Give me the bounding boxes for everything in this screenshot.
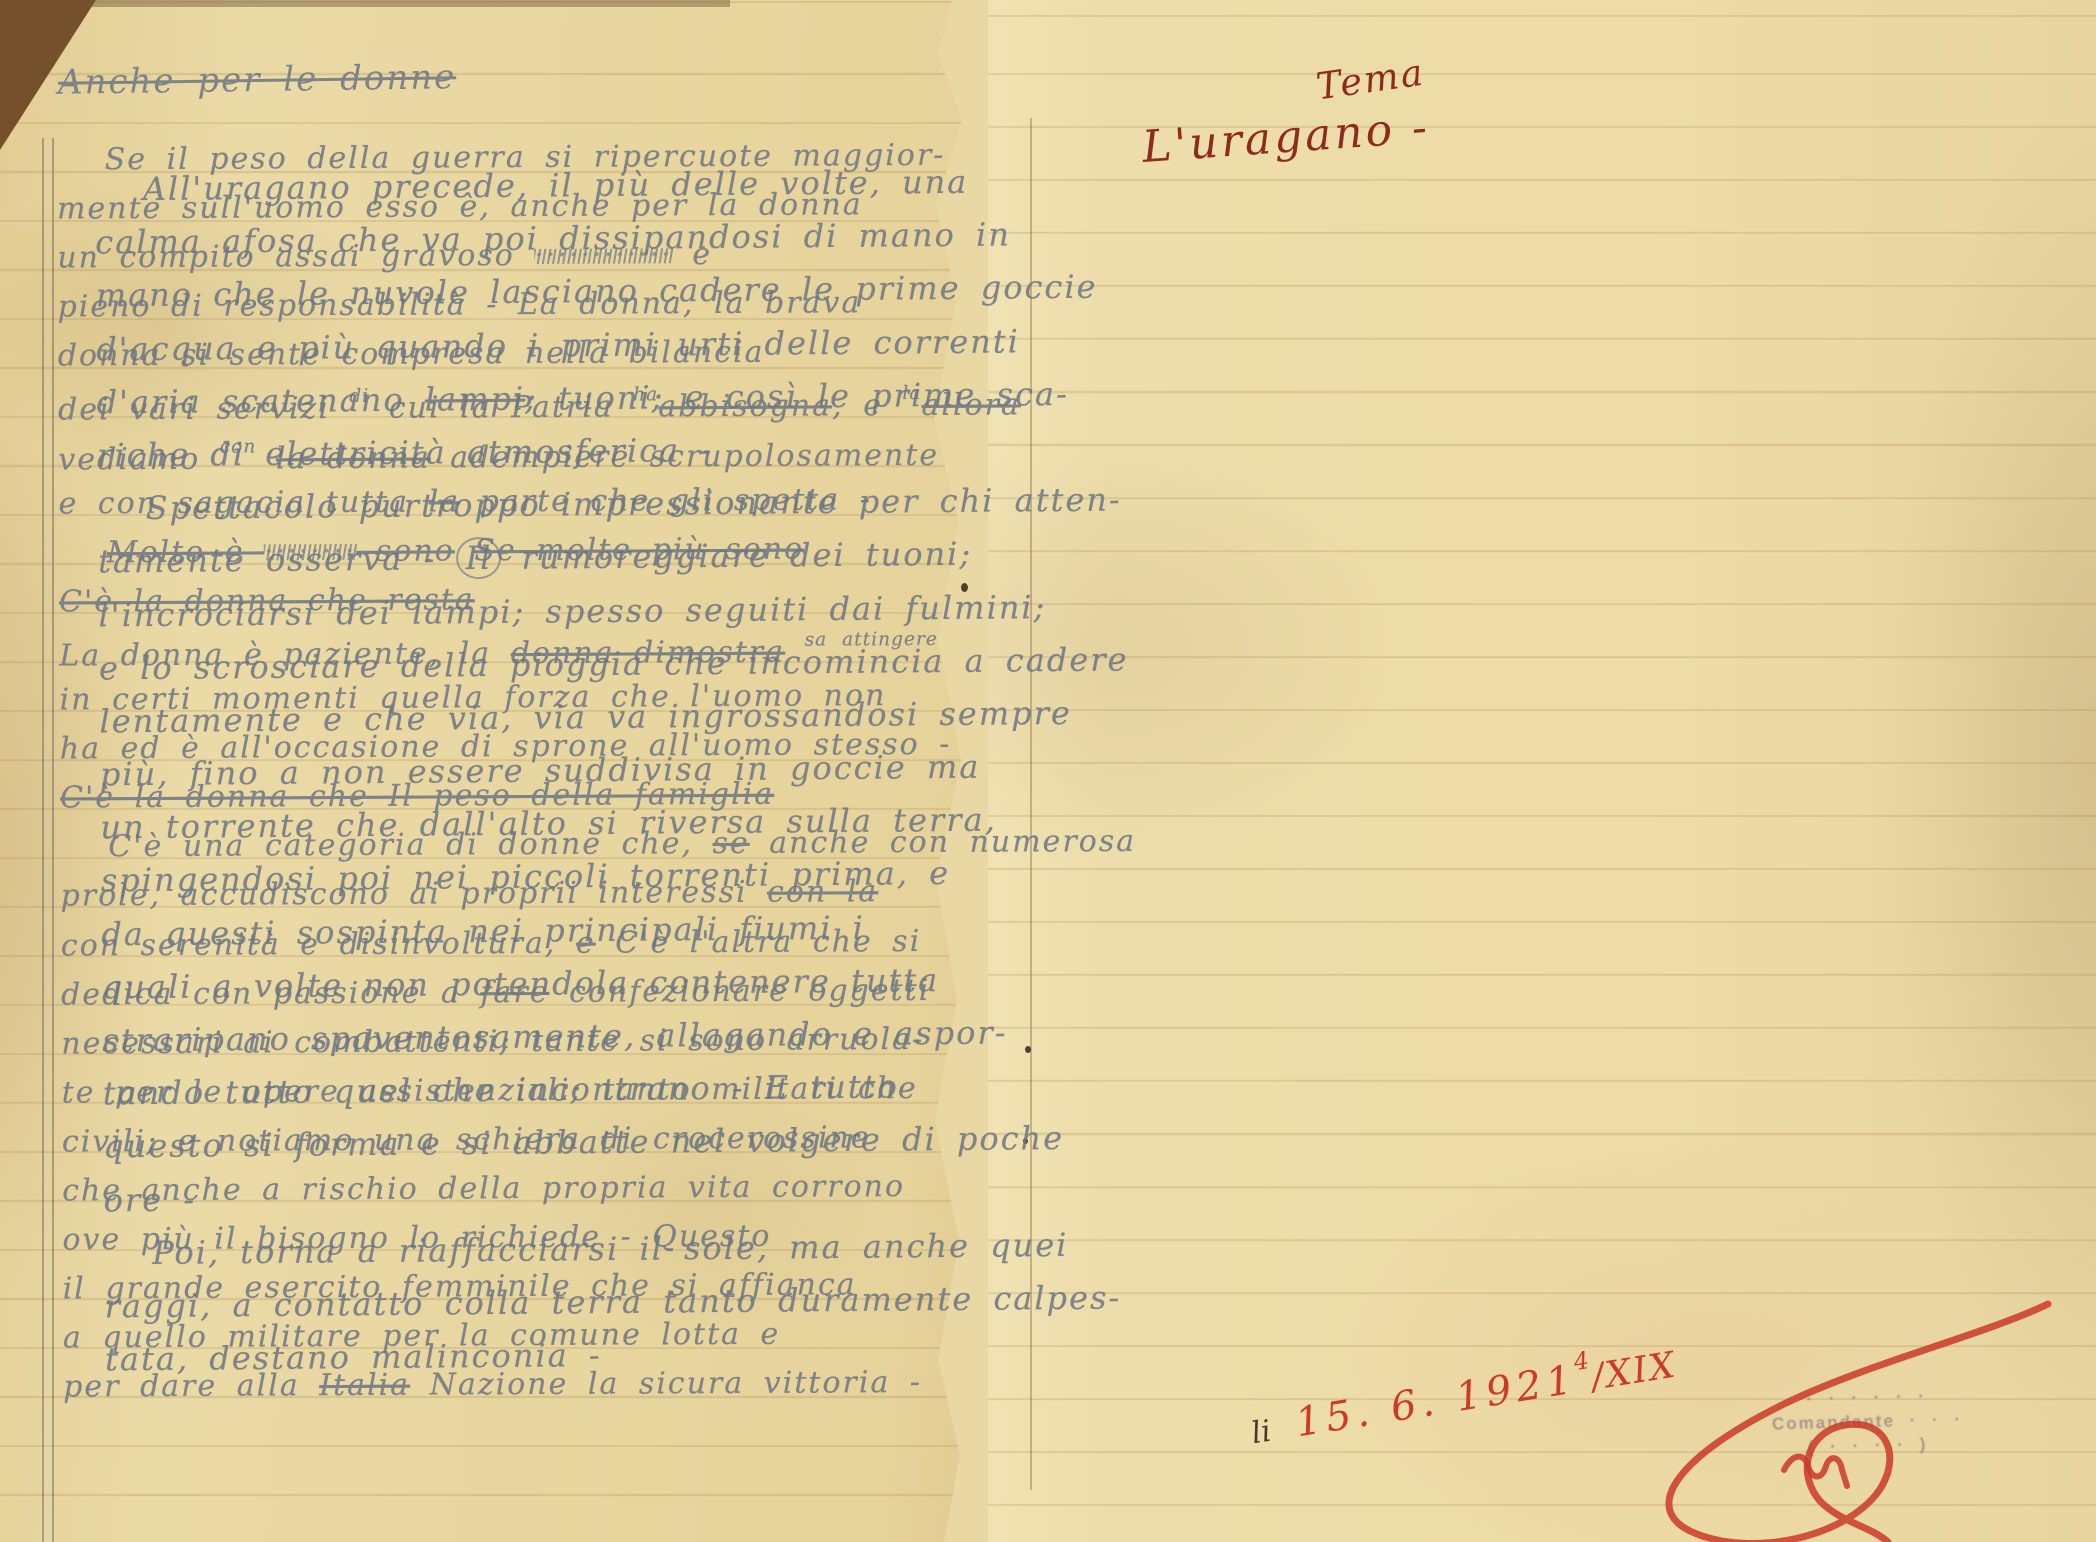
handwriting-line: spingendosi poi nei piccoli torrenti pri… <box>101 853 1105 915</box>
handwriting-line: d'acqua e più quando i primi urti delle … <box>96 321 1100 383</box>
handwriting-line: mano che le nuvole lasciano cadere le pr… <box>96 268 1100 330</box>
handwritten-text: tamente osserva - <box>98 540 457 581</box>
handwriting-line: raggi, a contatto colla terra tanto dura… <box>104 1279 1108 1341</box>
scan-edge-shadow <box>90 0 730 7</box>
handwritten-text: Poi, torna a riaffacciarsi il sole, ma a… <box>152 1226 1069 1272</box>
handwritten-text: più, fino a non essere suddivisa in gocc… <box>100 748 981 794</box>
handwritten-text: mano che le nuvole lasciano cadere le pr… <box>96 268 1098 315</box>
handwriting-line: tamente osserva - Il rumoreggiare dei tu… <box>98 534 1102 596</box>
handwriting-line: tando tutto quel che incontrano - E tutt… <box>103 1066 1107 1128</box>
handwriting-line: calma afosa che va poi dissipandosi di m… <box>95 215 1099 277</box>
handwritten-text: d'aria scatenano <box>97 380 425 421</box>
handwritten-text: Spettacolo purtroppo impressionante per … <box>145 481 1121 528</box>
handwritten-text: ; tuoni; e così le prime sca- <box>525 375 1069 418</box>
handwritten-text: da questi sospinta nei principali fiumi … <box>101 908 865 953</box>
handwritten-text: questo si forma e si abbatte nel volgere… <box>103 1119 1064 1165</box>
handwritten-text: d'acqua e più quando i primi urti delle … <box>96 322 1020 368</box>
handwritten-text: tando tutto quel che incontrano - E tutt… <box>103 1068 899 1113</box>
handwriting-line: più, fino a non essere suddivisa in gocc… <box>100 747 1104 809</box>
margin-line <box>52 138 54 1542</box>
handwritten-text: e lo scrosciare della pioggia che incomi… <box>99 640 1129 687</box>
circled-text: Il <box>456 537 501 579</box>
signature-flourish <box>1556 1298 2076 1542</box>
handwriting-line: quali a volte non potendola contenere tu… <box>102 959 1106 1021</box>
handwriting-line: riche di elettricità atmosferica - <box>97 428 1101 490</box>
handwriting-line: Poi, torna a riaffacciarsi il sole, ma a… <box>104 1225 1108 1287</box>
handwritten-text: tata, destano malinconia - <box>105 1336 602 1378</box>
struck-text: lampi <box>425 379 526 418</box>
handwritten-text: riche di elettricità atmosferica - <box>97 431 713 474</box>
right-page-text: All'uragano precede, il più delle volte,… <box>95 162 1110 1394</box>
handwritten-text: raggi, a contatto colla terra tanto dura… <box>104 1278 1121 1325</box>
handwritten-text: un torrente che dall'alto si riversa sul… <box>100 801 997 847</box>
handwriting-line: e lo scrosciare della pioggia che incomi… <box>99 640 1103 702</box>
handwriting-line: d'aria scatenano lampi; tuoni; e così le… <box>97 374 1101 436</box>
handwriting-line: tata, destano malinconia - <box>105 1332 1109 1394</box>
date-prefix: li <box>1249 1414 1273 1452</box>
handwritten-text: quali a volte non potendola contenere tu… <box>102 961 940 1006</box>
handwriting-line: ore - <box>104 1172 1108 1234</box>
document-scan: Anche per le donne Se il peso della guer… <box>0 0 2096 1542</box>
margin-line <box>42 138 44 1542</box>
handwritten-text: ore - <box>104 1180 197 1219</box>
handwritten-text: lentamente e che via, via va ingrossando… <box>99 694 1072 740</box>
handwriting-line: straripano spaventosamente, allagando e … <box>102 1013 1106 1075</box>
handwritten-text: spingendosi poi nei piccoli torrenti pri… <box>101 854 950 899</box>
handwritten-text: All'uragano precede, il più delle volte,… <box>143 163 969 208</box>
handwritten-text: calma afosa che va poi dissipandosi di m… <box>95 216 1011 262</box>
handwritten-text: rumoreggiare dei tuoni; <box>501 535 972 577</box>
handwriting-line: All'uragano precede, il più delle volte,… <box>95 162 1099 224</box>
handwriting-line: l'incrociarsi dei lampi; spesso seguiti … <box>98 587 1102 649</box>
handwritten-text: straripano spaventosamente, allagando e … <box>102 1013 1008 1059</box>
handwritten-text: l'incrociarsi dei lampi; spesso seguiti … <box>98 588 1046 634</box>
handwriting-line: un torrente che dall'alto si riversa sul… <box>100 800 1104 862</box>
handwriting-line: lentamente e che via, via va ingrossando… <box>99 693 1103 755</box>
handwriting-line: da questi sospinta nei principali fiumi … <box>101 906 1105 968</box>
handwriting-line: Spettacolo purtroppo impressionante per … <box>97 481 1101 543</box>
handwriting-line: questo si forma e si abbatte nel volgere… <box>103 1119 1107 1181</box>
left-page-struck-title: Anche per le donne <box>58 57 457 103</box>
